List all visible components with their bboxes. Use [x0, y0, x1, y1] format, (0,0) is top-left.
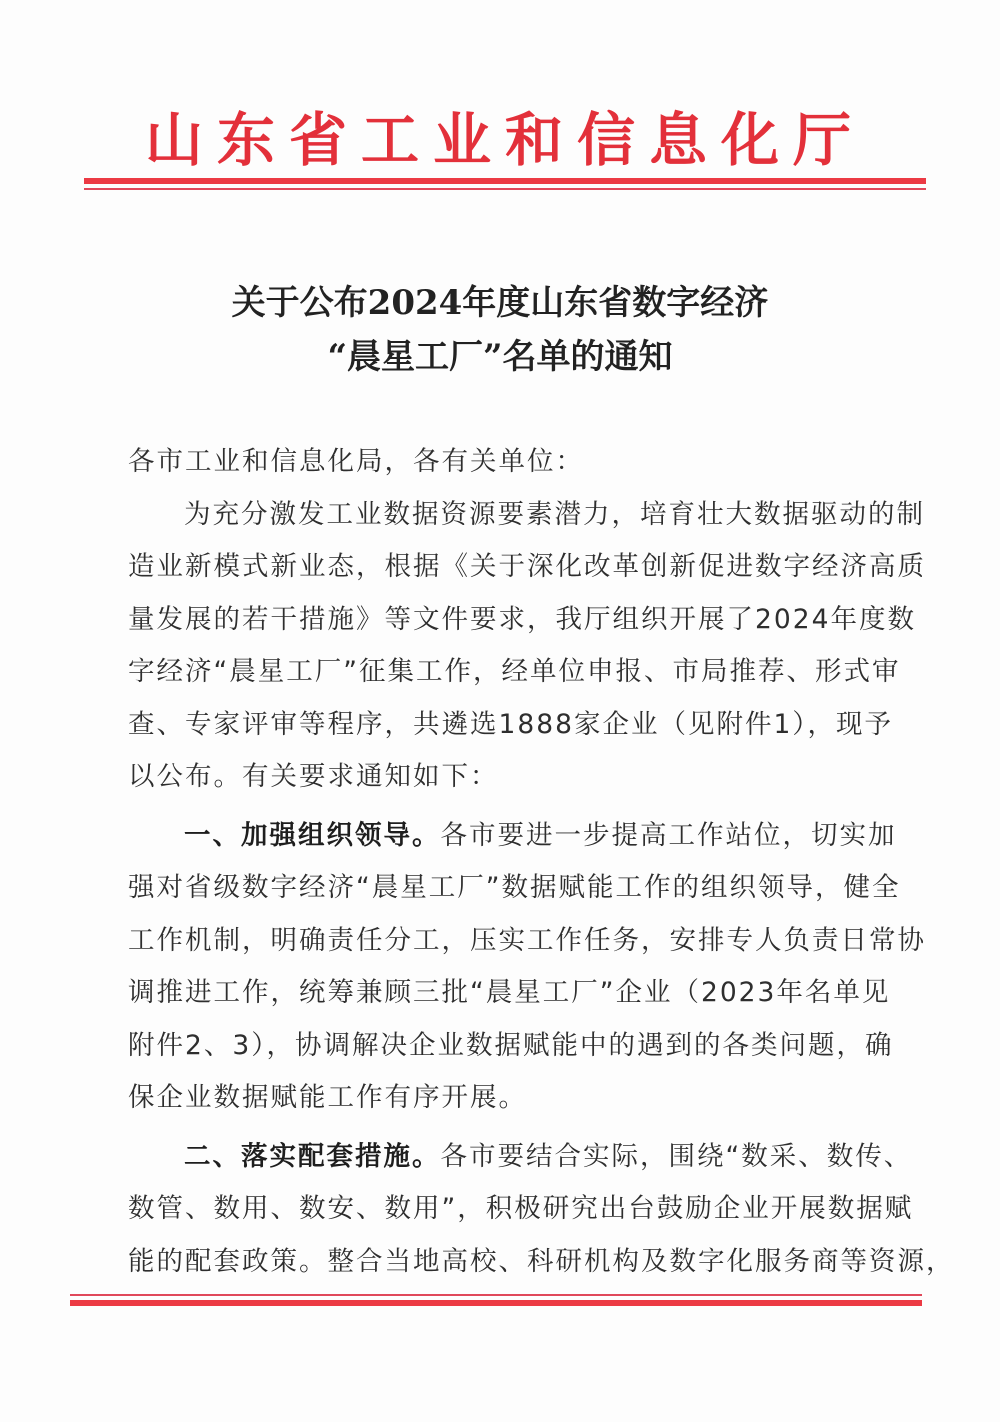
section-1-heading: 一、加强组织领导。 [184, 820, 441, 851]
paragraph-line: 数管、数用、数安、数用”，积极研究出台鼓励企业开展数据赋 [128, 1183, 898, 1236]
salutation: 各市工业和信息化局，各有关单位： [128, 436, 898, 489]
document-body: 各市工业和信息化局，各有关单位： 为充分激发工业数据资源要素潜力，培育壮大数据驱… [128, 436, 898, 1288]
section-2-paragraph: 二、落实配套措施。各市要结合实际，围绕“数采、数传、 数管、数用、数安、数用”，… [128, 1131, 898, 1289]
masthead-divider-thick [84, 178, 926, 184]
masthead-divider-thin [84, 188, 926, 190]
issuing-agency-masthead: 山东省工业和信息化厅 [0, 104, 1000, 176]
paragraph-line: 工作机制，明确责任分工，压实工作任务，安排专人负责日常协 [128, 915, 898, 968]
footer-divider-thin [70, 1294, 922, 1296]
section-2-text: 各市要结合实际，围绕“数采、数传、 [441, 1141, 913, 1172]
paragraph-line: 查、专家评审等程序，共遴选1888家企业（见附件1），现予 [128, 699, 898, 752]
paragraph-line: 二、落实配套措施。各市要结合实际，围绕“数采、数传、 [128, 1131, 898, 1184]
intro-paragraph: 为充分激发工业数据资源要素潜力，培育壮大数据驱动的制 造业新模式新业态，根据《关… [128, 489, 898, 804]
paragraph-line: 量发展的若干措施》等文件要求，我厅组织开展了2024年度数 [128, 594, 898, 647]
paragraph-line: 强对省级数字经济“晨星工厂”数据赋能工作的组织领导，健全 [128, 862, 898, 915]
paragraph-line: 为充分激发工业数据资源要素潜力，培育壮大数据驱动的制 [128, 489, 898, 542]
paragraph-line: 保企业数据赋能工作有序开展。 [128, 1072, 898, 1125]
document-title: 关于公布2024年度山东省数字经济 “晨星工厂”名单的通知 [0, 276, 1000, 384]
paragraph-line: 调推进工作，统筹兼顾三批“晨星工厂”企业（2023年名单见 [128, 967, 898, 1020]
document-title-line-1: 关于公布2024年度山东省数字经济 [0, 276, 1000, 330]
document-title-line-2: “晨星工厂”名单的通知 [0, 330, 1000, 384]
paragraph-line: 一、加强组织领导。各市要进一步提高工作站位，切实加 [128, 810, 898, 863]
paragraph-line: 造业新模式新业态，根据《关于深化改革创新促进数字经济高质 [128, 541, 898, 594]
paragraph-line: 能的配套政策。整合当地高校、科研机构及数字化服务商等资源， [128, 1236, 898, 1289]
section-2-heading: 二、落实配套措施。 [184, 1141, 441, 1172]
paragraph-line: 字经济“晨星工厂”征集工作，经单位申报、市局推荐、形式审 [128, 646, 898, 699]
paragraph-line: 附件2、3），协调解决企业数据赋能中的遇到的各类问题，确 [128, 1020, 898, 1073]
section-1-text: 各市要进一步提高工作站位，切实加 [441, 820, 897, 851]
section-1-paragraph: 一、加强组织领导。各市要进一步提高工作站位，切实加 强对省级数字经济“晨星工厂”… [128, 810, 898, 1125]
paragraph-line: 以公布。有关要求通知如下： [128, 751, 898, 804]
footer-divider-thick [70, 1300, 922, 1306]
